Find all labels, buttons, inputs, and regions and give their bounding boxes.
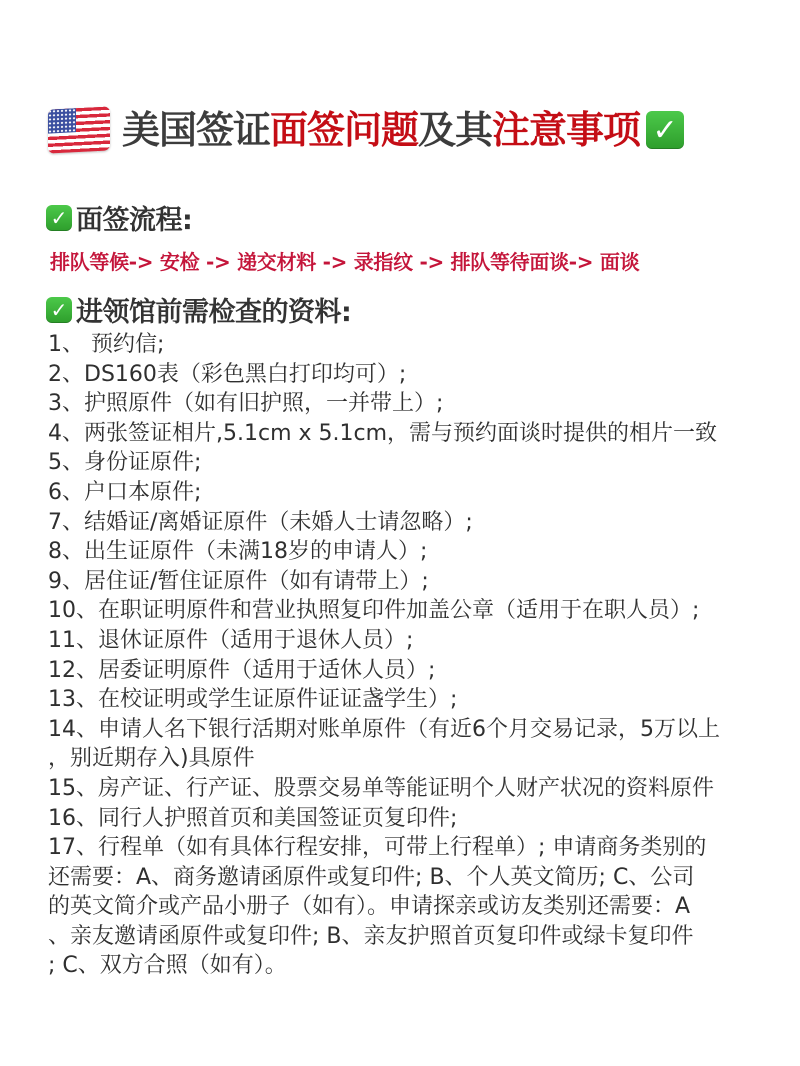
list-item-continuation: ，别近期存入)具原件 <box>48 744 768 774</box>
documents-section-heading: ✓ 进领馆前需检查的资料: <box>46 290 351 329</box>
list-item: 9、居住证/暂住证原件（如有请带上）; <box>48 567 768 597</box>
title-segment-2: 面签问题 <box>270 104 418 156</box>
process-heading-label: 面签流程: <box>76 198 192 237</box>
page-title: 美国签证 面签问题 及其 注意事项 ✓ <box>48 104 684 156</box>
visa-interview-notes-page: 美国签证 面签问题 及其 注意事项 ✓ ✓ 面签流程: 排队等候-> 安检 ->… <box>0 0 800 1066</box>
list-item: 13、在校证明或学生证原件证证盏学生）; <box>48 685 768 715</box>
list-item: 14、申请人名下银行活期对账单原件（有近6个月交易记录，5万以上 <box>48 715 768 745</box>
title-segment-4: 注意事项 <box>492 104 640 156</box>
check-mark-icon: ✓ <box>46 205 72 231</box>
list-item: 3、护照原件（如有旧护照，一并带上）; <box>48 389 768 419</box>
list-item: 2、DS160表（彩色黑白打印均可）; <box>48 360 768 390</box>
list-item-continuation: 、亲友邀请函原件或复印件; B、亲友护照首页复印件或绿卡复印件 <box>48 922 768 952</box>
process-section-heading: ✓ 面签流程: <box>46 198 192 237</box>
list-item: 10、在职证明原件和营业执照复印件加盖公章（适用于在职人员）; <box>48 596 768 626</box>
list-item-continuation: 的英文简介或产品小册子（如有）。申请探亲或访友类别还需要：A <box>48 892 768 922</box>
interview-process-flow: 排队等候-> 安检 -> 递交材料 -> 录指纹 -> 排队等待面谈-> 面谈 <box>50 246 639 275</box>
list-item: 15、房产证、行产证、股票交易单等能证明个人财产状况的资料原件 <box>48 774 768 804</box>
check-mark-icon: ✓ <box>46 297 72 323</box>
list-item: 16、同行人护照首页和美国签证页复印件; <box>48 804 768 834</box>
list-item: 11、退休证原件（适用于退休人员）; <box>48 626 768 656</box>
list-item: 12、居委证明原件（适用于适休人员）; <box>48 656 768 686</box>
list-item: 6、户口本原件; <box>48 478 768 508</box>
list-item-continuation: 还需要：A、商务邀请函原件或复印件; B、个人英文简历; C、公司 <box>48 863 768 893</box>
list-item: 1、 预约信; <box>48 330 768 360</box>
list-item: 4、两张签证相片,5.1cm x 5.1cm，需与预约面谈时提供的相片一致 <box>48 419 768 449</box>
list-item: 5、身份证原件; <box>48 448 768 478</box>
us-flag-icon <box>48 106 110 153</box>
list-item-continuation: ; C、双方合照（如有）。 <box>48 951 768 981</box>
documents-heading-label: 进领馆前需检查的资料: <box>76 290 351 329</box>
list-item: 8、出生证原件（未满18岁的申请人）; <box>48 537 768 567</box>
list-item: 17、行程单（如有具体行程安排，可带上行程单）; 申请商务类别的 <box>48 833 768 863</box>
title-segment-1: 美国签证 <box>122 104 270 156</box>
flag-canton <box>48 108 76 133</box>
documents-list: 1、 预约信; 2、DS160表（彩色黑白打印均可）; 3、护照原件（如有旧护照… <box>48 330 768 981</box>
list-item: 7、结婚证/离婚证原件（未婚人士请忽略）; <box>48 508 768 538</box>
title-segment-3: 及其 <box>418 104 492 156</box>
check-mark-icon: ✓ <box>646 111 684 149</box>
